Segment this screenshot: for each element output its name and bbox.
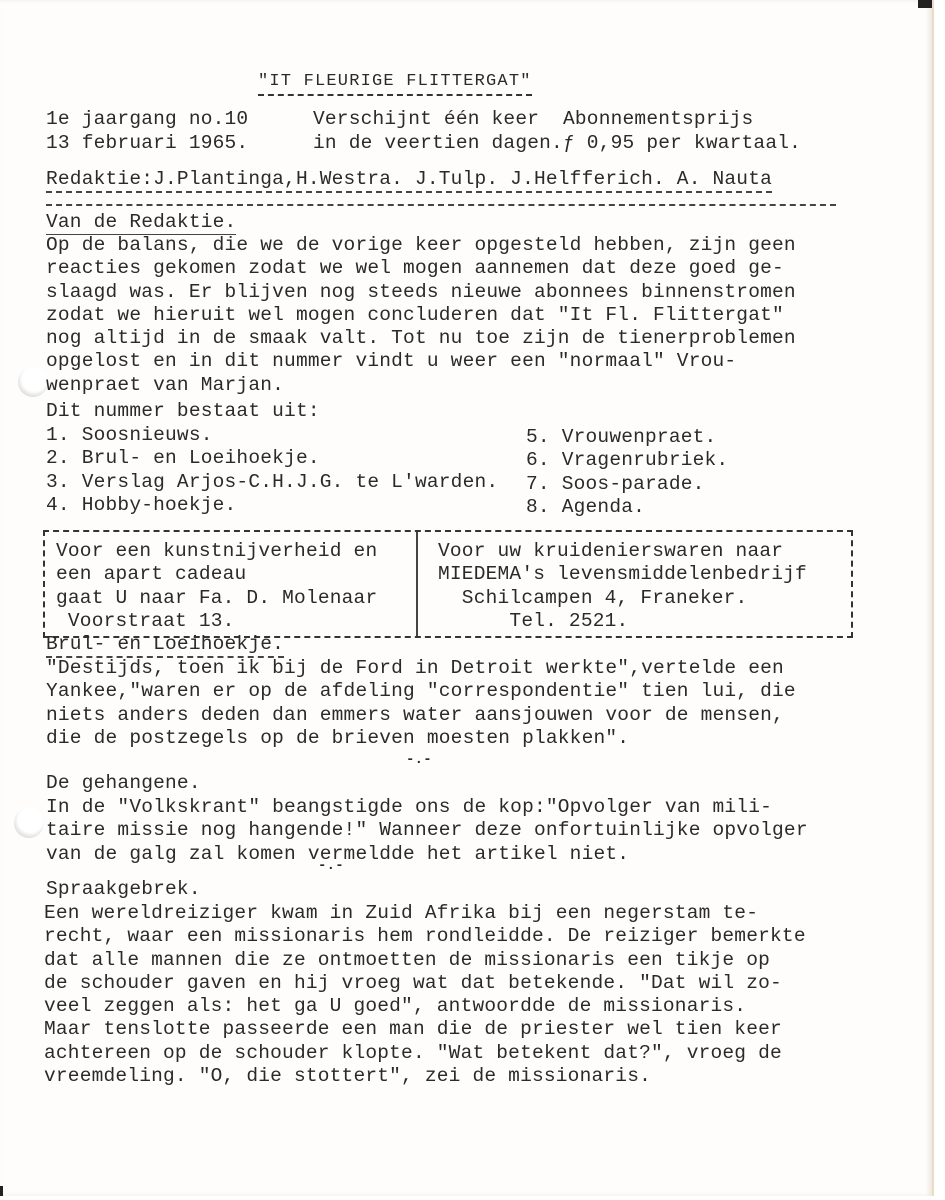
ad-line: gaat U naar Fa. D. Molenaar [56,587,377,610]
frequency-line-1: Verschijnt één keer [313,108,539,130]
section-separator: -.- [406,752,432,768]
section-heading-gehangene: De gehangene. [46,772,201,794]
text-line: die de postzegels op de brieven moesten … [46,727,796,750]
text-line: slaagd was. Er blijven nog steeds nieuwe… [46,281,796,304]
spraakgebrek-body: Een wereldreiziger kwam in Zuid Afrika b… [44,902,806,1088]
text-line: de schouder gaven en hij vroeg wat dat b… [44,972,806,995]
brul-body: "Destijds, toen ik bij de Ford in Detroi… [46,657,796,750]
ad-miedema: Voor uw kruidenierswaren naarMIEDEMA's l… [438,540,807,633]
scan-edge-shadow [918,0,932,8]
contents-intro: Dit nummer bestaat uit: [46,400,320,422]
text-line: niets anders deden dan emmers water aans… [46,704,796,727]
punch-hole [18,367,48,397]
contents-item: 4. Hobby-hoekje. [46,494,498,517]
ad-line: Voorstraat 13. [56,610,377,633]
issue-date: 13 februari 1965. [46,132,248,154]
text-line: veel zeggen als: het ga U goed", antwoor… [44,995,806,1018]
typewritten-page: "IT FLEURIGE FLITTERGAT" 1e jaargang no.… [0,0,934,1196]
contents-list-right: 5. Vrouwenpraet.6. Vragenrubriek.7. Soos… [526,426,728,519]
text-line: zodat we hieruit wel mogen concluderen d… [46,304,796,327]
scan-edge-shadow [0,1186,3,1196]
ad-line: Voor een kunstnijverheid en [56,540,377,563]
text-line: Yankee,"waren er op de afdeling "corresp… [46,680,796,703]
contents-item: 6. Vragenrubriek. [526,449,728,472]
price-value: ƒ 0,95 per kwartaal. [563,132,801,154]
newsletter-title: "IT FLEURIGE FLITTERGAT" [258,72,532,91]
text-line: achtereen op de schouder klopte. "Wat be… [44,1042,806,1065]
section-heading-brul: Brul- en Loeihoekje. [46,633,284,655]
text-line: nog altijd in de smaak valt. Tot nu toe … [46,327,796,350]
editors-line: Redaktie:J.Plantinga,H.Westra. J.Tulp. J… [46,168,772,190]
text-line: Een wereldreiziger kwam in Zuid Afrika b… [44,902,806,925]
text-line: Op de balans, die we de vorige keer opge… [46,234,796,257]
section-heading-spraakgebrek: Spraakgebrek. [46,878,201,900]
contents-item: 5. Vrouwenpraet. [526,426,728,449]
editorial-body: Op de balans, die we de vorige keer opge… [46,234,796,397]
text-line: recht, waar een missionaris hem rondleid… [44,925,806,948]
text-line: Maar tenslotte passeerde een man die de … [44,1018,806,1041]
ad-molenaar: Voor een kunstnijverheid eneen apart cad… [56,540,377,633]
contents-list-left: 1. Soosnieuws.2. Brul- en Loeihoekje.3. … [46,424,498,517]
contents-item: 7. Soos-parade. [526,473,728,496]
ad-line: Schilcampen 4, Franeker. [438,587,807,610]
text-line: dat alle mannen die ze ontmoetten de mis… [44,949,806,972]
dashed-rule [46,204,836,206]
section-separator: -.- [318,858,344,874]
punch-hole [14,808,44,838]
text-line: opgelost en in dit nummer vindt u weer e… [46,350,796,373]
contents-item: 8. Agenda. [526,496,728,519]
ad-line: MIEDEMA's levensmiddelenbedrijf [438,563,807,586]
ad-line: Voor uw kruidenierswaren naar [438,540,807,563]
contents-item: 1. Soosnieuws. [46,424,498,447]
frequency-line-2: in de veertien dagen. [313,132,563,154]
ad-line: een apart cadeau [56,563,377,586]
contents-item: 3. Verslag Arjos-C.H.J.G. te L'warden. [46,471,498,494]
text-line: reacties gekomen zodat we wel mogen aann… [46,257,796,280]
ad-line: Tel. 2521. [438,610,807,633]
text-line: vreemdeling. "O, die stottert", zei de m… [44,1065,806,1088]
ad-divider [416,532,418,636]
gehangene-body: In de "Volkskrant" beangstigde ons de ko… [46,796,808,866]
contents-item: 2. Brul- en Loeihoekje. [46,447,498,470]
price-label: Abonnementsprijs [563,108,753,130]
text-line: taire missie nog hangende!" Wanneer deze… [46,819,808,842]
section-heading-editorial: Van de Redaktie. [46,211,236,233]
volume-number: 1e jaargang no.10 [46,108,248,130]
text-line: van de galg zal komen vermeldde het arti… [46,843,808,866]
text-line: "Destijds, toen ik bij de Ford in Detroi… [46,657,796,680]
text-line: wenpraet van Marjan. [46,374,796,397]
text-line: In de "Volkskrant" beangstigde ons de ko… [46,796,808,819]
